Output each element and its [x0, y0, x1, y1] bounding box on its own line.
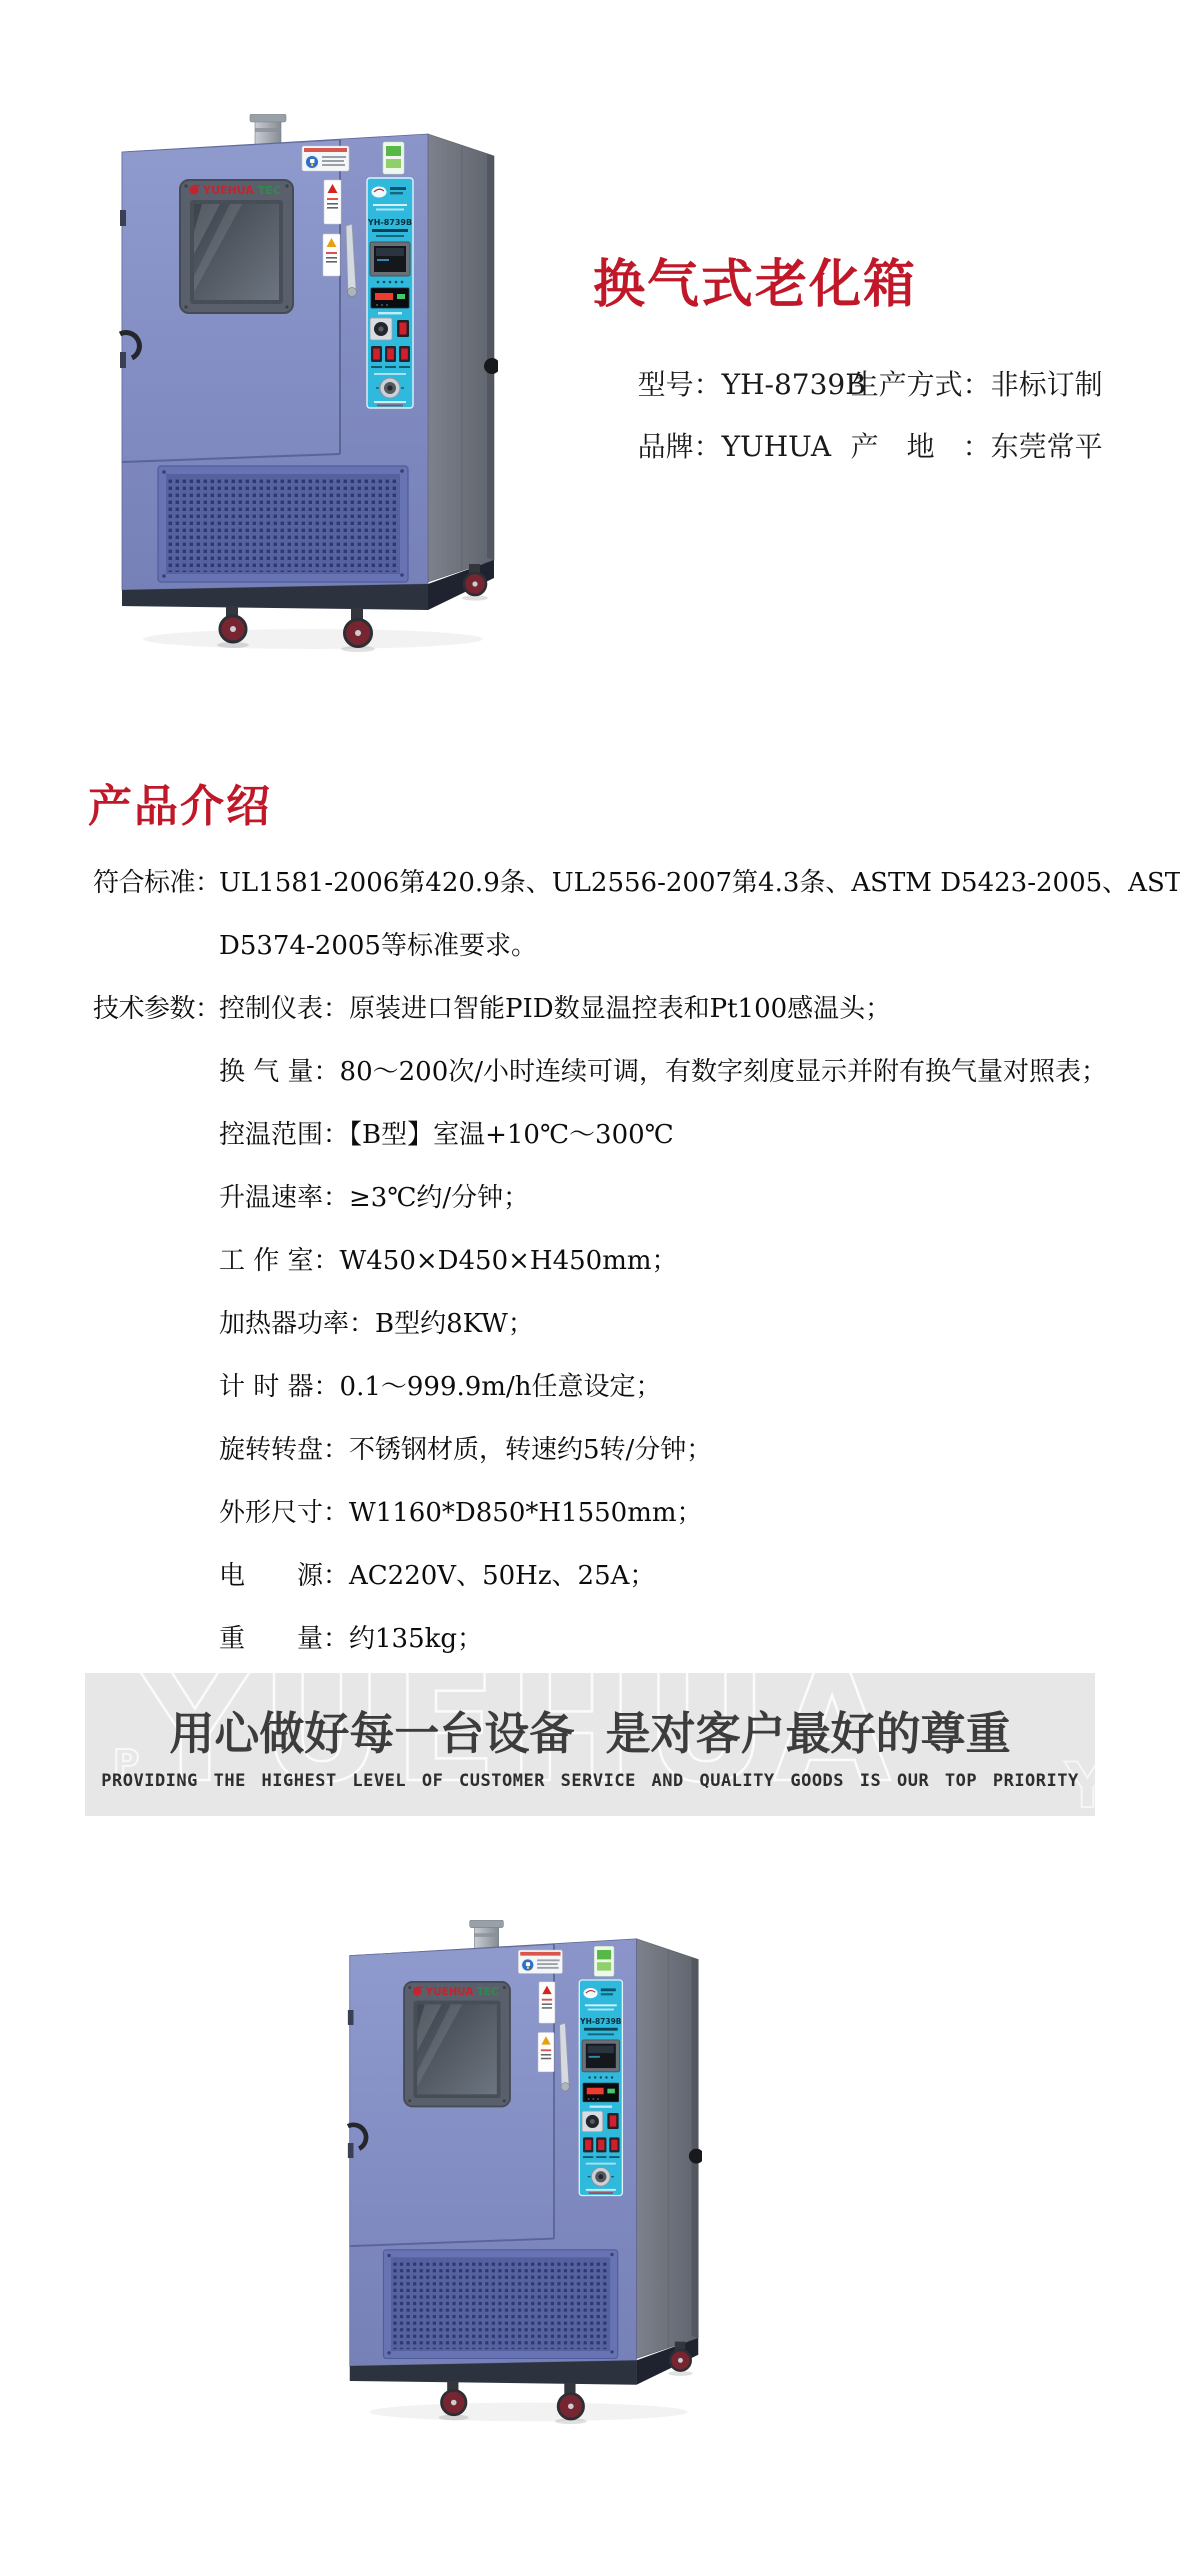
spec-row-text: 电 源：AC220V、50Hz、25A； [219, 1555, 655, 1592]
spec-origin-label: 产 地 ： [851, 430, 991, 463]
spec-list: 符合标准： UL1581-2006第420.9条、UL2556-2007第4.3… [93, 849, 1143, 1668]
spec-origin-value: 东莞常平 [991, 430, 1103, 463]
product-photo-top: YUEHUA TEC [118, 114, 498, 654]
spec-list-row: 工 作 室：W450×D450×H450mm； [93, 1227, 1143, 1290]
spec-list-row: 符合标准： UL1581-2006第420.9条、UL2556-2007第4.3… [93, 849, 1143, 912]
spec-row-text: 加热器功率：B型约8KW； [219, 1303, 534, 1340]
product-photo-bottom [346, 1913, 702, 2433]
slogan-banner: YUEHUA P YUEHUA 用心做好每一台设备 是对客户最好的尊重 PROV… [85, 1673, 1095, 1816]
spec-list-row: 升温速率：≥3℃约/分钟； [93, 1164, 1143, 1227]
spec-row-label: 符合标准： [93, 862, 219, 899]
spec-row-text: 控温范围：【B型】室温+10℃～300℃ [219, 1114, 674, 1151]
banner-subline: PROVIDING THE HIGHEST LEVEL OF CUSTOMER … [85, 1771, 1095, 1791]
banner-headline: 用心做好每一台设备 是对客户最好的尊重 [85, 1697, 1095, 1762]
spec-row-text: D5374-2005等标准要求。 [219, 925, 537, 962]
spec-row-text: 工 作 室：W450×D450×H450mm； [219, 1240, 678, 1277]
spec-list-row: D5374-2005等标准要求。 [93, 912, 1143, 975]
spec-row-text: 换 气 量：80～200次/小时连续可调，有数字刻度显示并附有换气量对照表； [219, 1051, 1107, 1088]
spec-row-text: UL1581-2006第420.9条、UL2556-2007第4.3条、ASTM… [219, 862, 1180, 899]
spec-list-row: 技术参数： 控制仪表：原装进口智能PID数显温控表和Pt100感温头； [93, 975, 1143, 1038]
spec-row-text: 重 量：约135kg； [219, 1618, 483, 1655]
spec-row-label: 技术参数： [93, 988, 219, 1025]
spec-list-row: 加热器功率：B型约8KW； [93, 1290, 1143, 1353]
spec-row-text: 升温速率：≥3℃约/分钟； [219, 1177, 529, 1214]
spec-row-text: 外形尺寸：W1160*D850*H1550mm； [219, 1492, 703, 1529]
spec-list-row: 电 源：AC220V、50Hz、25A； [93, 1542, 1143, 1605]
spec-brand-label: 品牌： [638, 430, 722, 463]
page-title: 换气式老化箱 [593, 242, 917, 317]
spec-list-row: 计 时 器：0.1～999.9m/h任意设定； [93, 1353, 1143, 1416]
spec-list-row: 旋转转盘：不锈钢材质，转速约5转/分钟； [93, 1416, 1143, 1479]
spec-row-text: 旋转转盘：不锈钢材质，转速约5转/分钟； [219, 1429, 712, 1466]
section-heading-product-intro: 产品介绍 [88, 770, 272, 834]
spec-list-row: 换 气 量：80～200次/小时连续可调，有数字刻度显示并附有换气量对照表； [93, 1038, 1143, 1101]
spec-row-text: 控制仪表：原装进口智能PID数显温控表和Pt100感温头； [219, 988, 891, 1025]
spec-row-text: 计 时 器：0.1～999.9m/h任意设定； [219, 1366, 661, 1403]
spec-origin: 产 地 ：东莞常平 [815, 392, 1103, 498]
spec-list-row: 重 量：约135kg； [93, 1605, 1143, 1668]
page-root: YUEHUA TEC [0, 0, 1180, 2573]
spec-list-row: 外形尺寸：W1160*D850*H1550mm； [93, 1479, 1143, 1542]
spec-brand: 品牌：YUHUA [602, 392, 831, 498]
spec-list-row: 控温范围：【B型】室温+10℃～300℃ [93, 1101, 1143, 1164]
